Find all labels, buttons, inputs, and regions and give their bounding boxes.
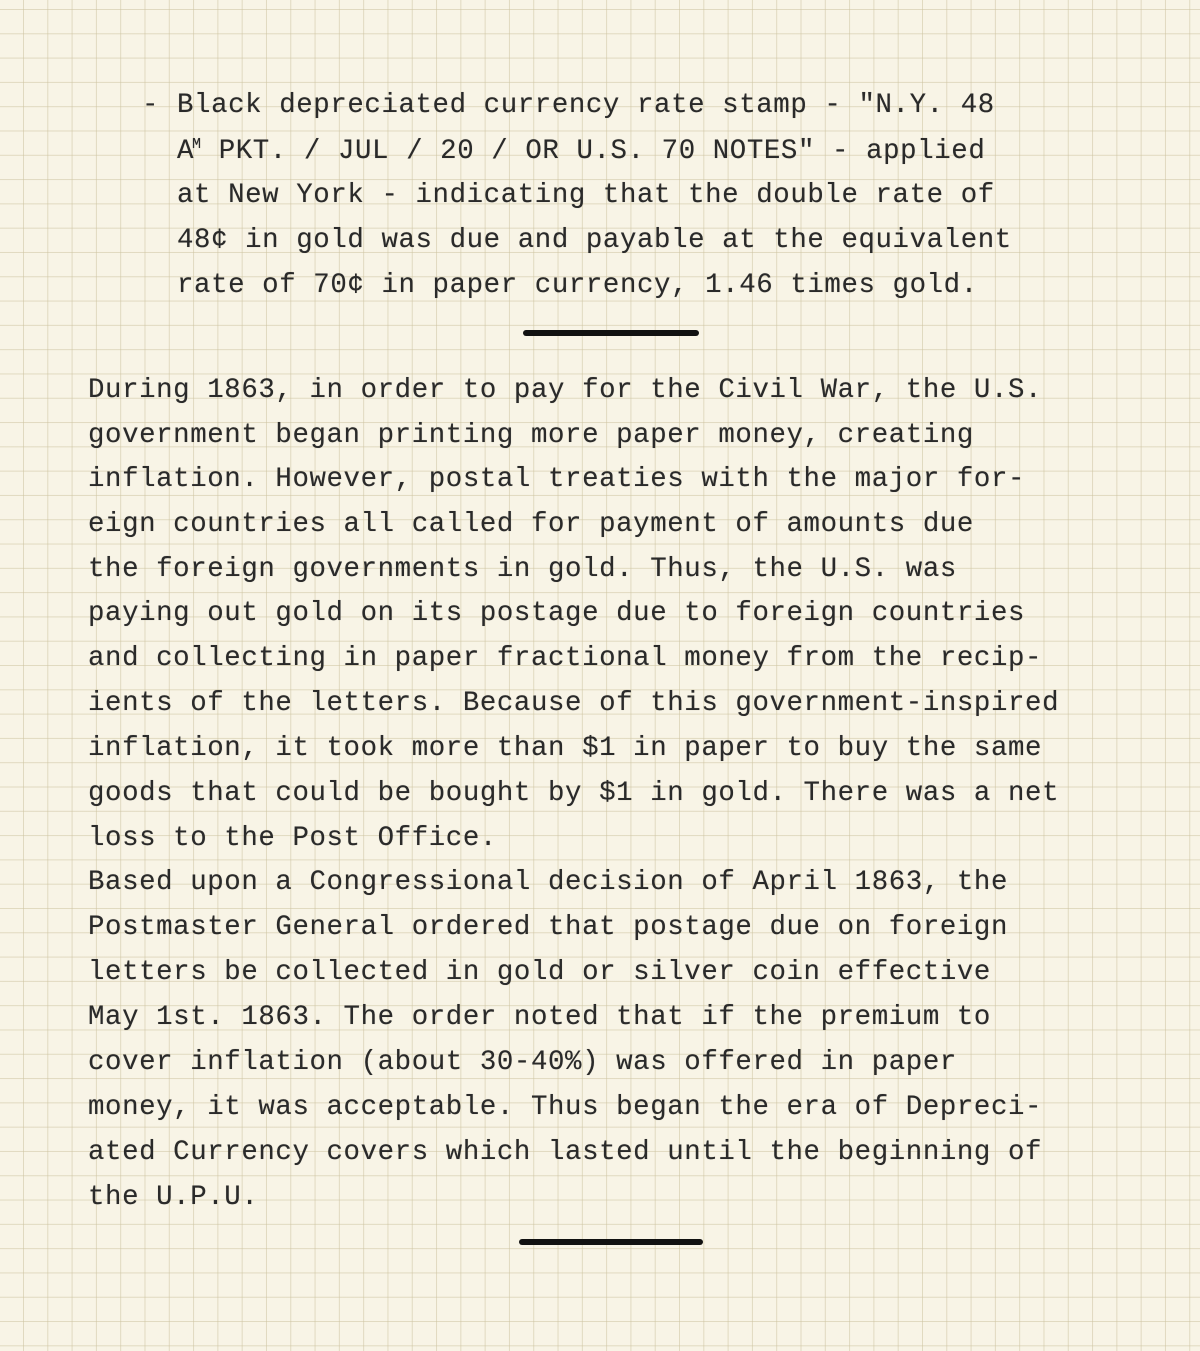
paragraph-line: the foreign governments in gold. Thus, t… xyxy=(88,556,957,583)
paragraph-line: ients of the letters. Because of this go… xyxy=(88,690,1059,717)
paragraph-line: the U.P.U. xyxy=(88,1184,258,1211)
section-divider xyxy=(519,1239,703,1245)
paragraph-line: Postmaster General ordered that postage … xyxy=(88,914,1008,941)
typed-album-page: - Black depreciated currency rate stamp … xyxy=(0,0,1200,1351)
paragraph-line: ated Currency covers which lasted until … xyxy=(88,1139,1042,1166)
section-divider xyxy=(523,330,699,336)
paragraph-line: inflation, it took more than $1 in paper… xyxy=(88,735,1042,762)
paragraph-line: goods that could be bought by $1 in gold… xyxy=(88,780,1059,807)
paragraph-line: inflation. However, postal treaties with… xyxy=(88,466,1025,493)
paragraph-line: and collecting in paper fractional money… xyxy=(88,645,1042,672)
paragraph-line: During 1863, in order to pay for the Civ… xyxy=(88,377,1042,404)
paragraph-line: May 1st. 1863. The order noted that if t… xyxy=(88,1004,991,1031)
bullet-line: 48¢ in gold was due and payable at the e… xyxy=(177,227,1012,254)
bullet-line: rate of 70¢ in paper currency, 1.46 time… xyxy=(177,272,978,299)
bullet-dash: - xyxy=(142,92,158,119)
paragraph-line: Based upon a Congressional decision of A… xyxy=(88,869,1008,896)
bullet-line-rest: PKT. / JUL / 20 / OR U.S. 70 NOTES" - ap… xyxy=(202,136,986,167)
abbrev-superscript: M xyxy=(192,136,202,153)
bullet-line: AM PKT. / JUL / 20 / OR U.S. 70 NOTES" -… xyxy=(177,137,985,165)
paragraph-line: cover inflation (about 30-40%) was offer… xyxy=(88,1049,957,1076)
paragraph-line: government began printing more paper mon… xyxy=(88,422,974,449)
paragraph-line: paying out gold on its postage due to fo… xyxy=(88,600,1025,627)
bullet-line: at New York - indicating that the double… xyxy=(177,182,995,209)
bullet-line: Black depreciated currency rate stamp - … xyxy=(177,92,995,119)
paragraph-line: money, it was acceptable. Thus began the… xyxy=(88,1094,1042,1121)
paragraph-line: eign countries all called for payment of… xyxy=(88,511,974,538)
paragraph-line: letters be collected in gold or silver c… xyxy=(88,959,991,986)
paragraph-line: loss to the Post Office. xyxy=(88,825,497,852)
